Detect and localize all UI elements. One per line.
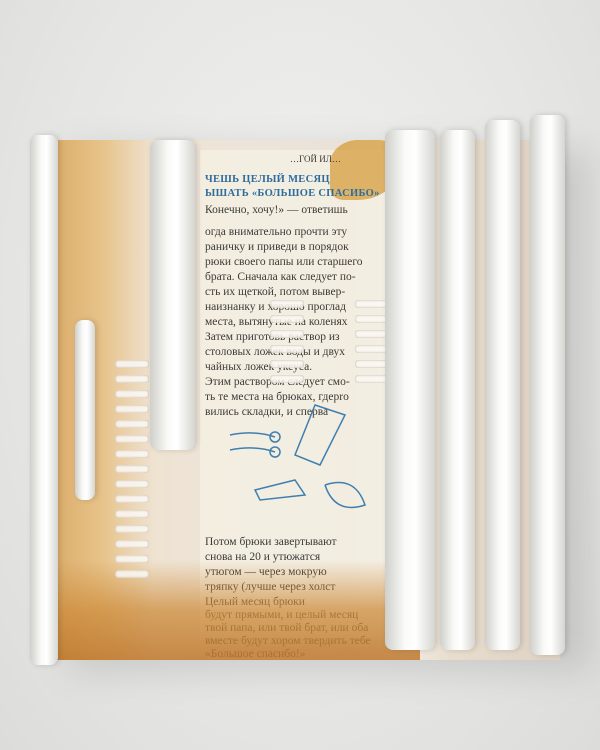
text-line: брата. Сначала как следует по- [205,270,385,285]
plaster-ridge-right-2 [485,120,520,650]
perforation-column-center [270,300,304,383]
text-line: Конечно, хочу!» — ответишь [205,203,385,218]
headline-line-1: ЧЕШЬ ЦЕЛЫЙ МЕСЯЦ [205,172,385,187]
text-line: рюки своего папы или старшего [205,255,385,270]
plaster-ridge-right-edge [530,115,565,655]
text-line: Потом брюки завертывают [205,535,385,550]
text-line: сть их щеткой, потом вывер- [205,285,385,300]
text-line: огда внимательно прочти эту [205,225,385,240]
perforation-column-left [115,360,149,578]
text-line: раничку и приведи в порядок [205,240,385,255]
iron-and-spoons-illustration [225,395,375,525]
rust-stain-bottom [40,560,420,660]
plaster-ridge-center-right [385,130,435,650]
plaster-ridge-left-edge [30,135,58,665]
perforation-column-right [355,300,389,383]
plaster-ridge-left [150,140,195,450]
plaster-ridge-right-1 [440,130,475,650]
headline-line-2: ЫШАТЬ «БОЛЬШОЕ СПАСИБО» [205,186,385,201]
plaster-ridge-small [75,320,95,500]
